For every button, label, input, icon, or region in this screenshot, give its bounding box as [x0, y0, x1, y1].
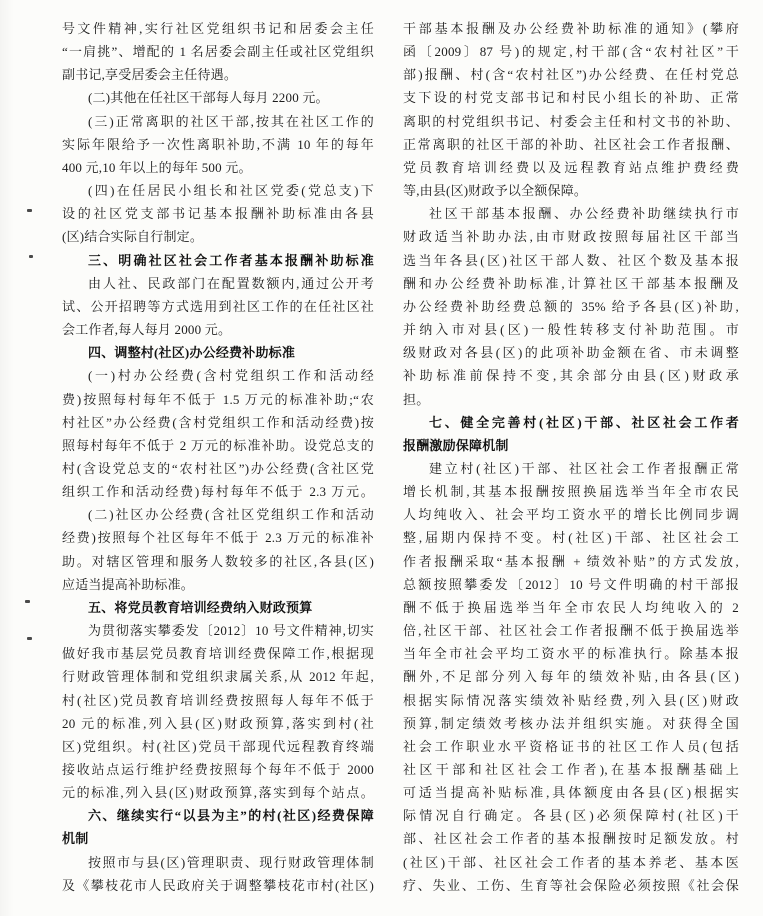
heading-line: 五、将党员教育培训经费纳入财政预算: [62, 596, 374, 619]
text-line: 实际年限给予一次性离职补助,不满 10 年的每年: [62, 133, 374, 156]
text-line: 并纳入市对县(区)一般性转移支付补助范围。市: [403, 318, 739, 341]
text-line: (社区)干部、社区社会工作者的基本养老、基本医: [403, 851, 739, 874]
heading-line: 六、继续实行“以县为主”的村(社区)经费保障: [62, 804, 374, 827]
text-line: 20 元的标准,列入县(区)财政预算,落实到村(社: [62, 712, 374, 735]
text-line: 等,由县(区)财政予以全额保障。: [403, 179, 739, 202]
text-line: 村(含设党总支的“农村社区”)办公经费(含社区党: [62, 457, 374, 480]
text-line: 选当年各县(区)社区干部人数、社区个数及基本报: [403, 249, 739, 272]
scan-speck: [27, 637, 32, 640]
text-line: 财政适当补助办法,由市财政按照每届社区干部当: [403, 225, 739, 248]
text-line: 建立村(社区)干部、社区社会工作者报酬正常: [403, 457, 739, 480]
text-line: 副书记,享受居委会主任待遇。: [62, 63, 374, 86]
text-line: 支下设的村党支部书记和村民小组长的补助、正常: [403, 86, 739, 109]
text-line: 离职的村党组织书记、村委会主任和村文书的补助、: [403, 110, 739, 133]
text-line: 预算,制定绩效考核办法并组织实施。对获得全国: [403, 712, 739, 735]
text-line: 村(社区)党员教育培训经费按照每人每年不低于: [62, 689, 374, 712]
text-line: 照每村每年不低于 2 万元的标准补助。设党总支的: [62, 434, 374, 457]
text-line: 疗、失业、工伤、生育等社会保险必须按照《社会保: [403, 874, 739, 897]
text-line: 社区干部和社区社会工作者),在基本报酬基础上: [403, 758, 739, 781]
text-line: (一)村办公经费(含村党组织工作和活动经: [62, 364, 374, 387]
text-line: 倍,社区干部、社区社会工作者报酬不低于换届选举: [403, 619, 739, 642]
text-line: (二)社区办公经费(含社区党组织工作和活动: [62, 503, 374, 526]
text-line: “一肩挑”、增配的 1 名居委会副主任或社区党组织: [62, 40, 374, 63]
text-line: (区)结合实际自行制定。: [62, 225, 374, 248]
text-line: 会工作者,每人每月 2000 元。: [62, 318, 374, 341]
text-line: 酬外,不足部分列入每年的绩效补贴,由各县(区): [403, 665, 739, 688]
heading-line: 七、健全完善村(社区)干部、社区社会工作者: [403, 411, 739, 434]
text-line: 由人社、民政部门在配置数额内,通过公开考: [62, 272, 374, 295]
text-line: 党员教育培训经费以及远程教育站点维护费经费: [403, 156, 739, 179]
text-line: 当年全市社会平均工资水平的标准执行。除基本报: [403, 642, 739, 665]
text-line: 400 元,10 年以上的每年 500 元。: [62, 156, 374, 179]
text-line: 酬和办公经费补助标准,计算社区干部基本报酬及: [403, 272, 739, 295]
left-text-column: 号文件精神,实行社区党组织书记和居委会主任“一肩挑”、增配的 1 名居委会副主任…: [62, 17, 374, 897]
text-line: 试、公开招聘等方式选用到社区工作的在任社区社: [62, 295, 374, 318]
text-line: 部、社区社会工作者的基本报酬按时足额发放。村: [403, 827, 739, 850]
text-line: (二)其他在任社区干部每人每月 2200 元。: [62, 86, 374, 109]
text-line: 级财政对各县(区)的此项补助金额在省、市未调整: [403, 341, 739, 364]
text-line: 村社区”办公经费(含村党组织工作和活动经费)按: [62, 411, 374, 434]
text-line: 干部基本报酬及办公经费补助标准的通知》(攀府: [403, 17, 739, 40]
text-line: (四)在任居民小组长和社区党委(党总支)下: [62, 179, 374, 202]
scanned-document-page: 号文件精神,实行社区党组织书记和居委会主任“一肩挑”、增配的 1 名居委会副主任…: [0, 0, 763, 916]
text-line: (三)正常离职的社区干部,按其在社区工作的: [62, 110, 374, 133]
text-line: 际情况自行确定。各县(区)必须保障村(社区)干: [403, 804, 739, 827]
text-line: 组织工作和活动经费)每村每年不低于 2.3 万元。: [62, 480, 374, 503]
text-line: 元的标准,列入县(区)财政预算,落实到每个站点。: [62, 781, 374, 804]
text-line: 办公经费补助经费总额的 35% 给予各县(区)补助,: [403, 295, 739, 318]
text-line: 做好我市基层党员教育培训经费保障工作,根据现: [62, 642, 374, 665]
text-line: 接收站点运行维护经费按照每个每年不低于 2000: [62, 758, 374, 781]
text-line: 为贯彻落实攀委发〔2012〕10 号文件精神,切实: [62, 619, 374, 642]
heading-line: 三、明确社区社会工作者基本报酬补助标准: [62, 249, 374, 272]
text-line: 行财政管理体制和党组织隶属关系,从 2012 年起,: [62, 665, 374, 688]
text-line: 按照市与县(区)管理职责、现行财政管理体制: [62, 851, 374, 874]
text-line: 可适当提高补贴标准,具体额度由各县(区)根据实: [403, 781, 739, 804]
heading-line: 报酬激励保障机制: [403, 434, 739, 457]
text-line: 费)按照每村每年不低于 1.5 万元的标准补助;“农: [62, 388, 374, 411]
scan-speck: [29, 255, 33, 258]
text-line: 社区干部基本报酬、办公经费补助继续执行市: [403, 202, 739, 225]
text-line: 担。: [403, 388, 739, 411]
text-line: 号文件精神,实行社区党组织书记和居委会主任: [62, 17, 374, 40]
scan-speck: [27, 209, 32, 212]
text-line: 总额按照攀委发〔2012〕10 号文件明确的村干部报: [403, 573, 739, 596]
heading-line: 四、调整村(社区)办公经费补助标准: [62, 341, 374, 364]
text-line: 作者报酬采取“基本报酬 + 绩效补贴”的方式发放,: [403, 550, 739, 573]
text-line: 设的社区党支部书记基本报酬补助标准由各县: [62, 202, 374, 225]
text-line: 正常离职的社区干部的补助、社区社会工作者报酬、: [403, 133, 739, 156]
text-line: 社会工作职业水平资格证书的社区工作人员(包括: [403, 735, 739, 758]
text-line: 根据实际情况落实绩效补贴经费,列入县(区)财政: [403, 689, 739, 712]
scan-speck: [25, 600, 30, 603]
heading-line: 机制: [62, 827, 374, 850]
text-line: 酬不低于换届选举当年全市农民人均纯收入的 2: [403, 596, 739, 619]
text-line: 人均纯收入、社会平均工资水平的增长比例同步调: [403, 503, 739, 526]
text-line: 经费)按照每个社区每年不低于 2.3 万元的标准补: [62, 526, 374, 549]
text-line: 整,届期内保持不变。村(社区)干部、社区社会工: [403, 526, 739, 549]
text-line: 区)党组织。村(社区)党员干部现代远程教育终端: [62, 735, 374, 758]
text-line: 部)报酬、村(含“农村社区”)办公经费、在任村党总: [403, 63, 739, 86]
right-text-column: 干部基本报酬及办公经费补助标准的通知》(攀府函〔2009〕87 号)的规定,村干…: [403, 17, 739, 897]
text-line: 助。对辖区管理和服务人数较多的社区,各县(区): [62, 550, 374, 573]
text-line: 应适当提高补助标准。: [62, 573, 374, 596]
text-line: 函〔2009〕87 号)的规定,村干部(含“农村社区”干: [403, 40, 739, 63]
text-line: 补助标准前保持不变,其余部分由县(区)财政承: [403, 364, 739, 387]
text-line: 增长机制,其基本报酬按照换届选举当年全市农民: [403, 480, 739, 503]
text-line: 及《攀枝花市人民政府关于调整攀枝花市村(社区): [62, 874, 374, 897]
